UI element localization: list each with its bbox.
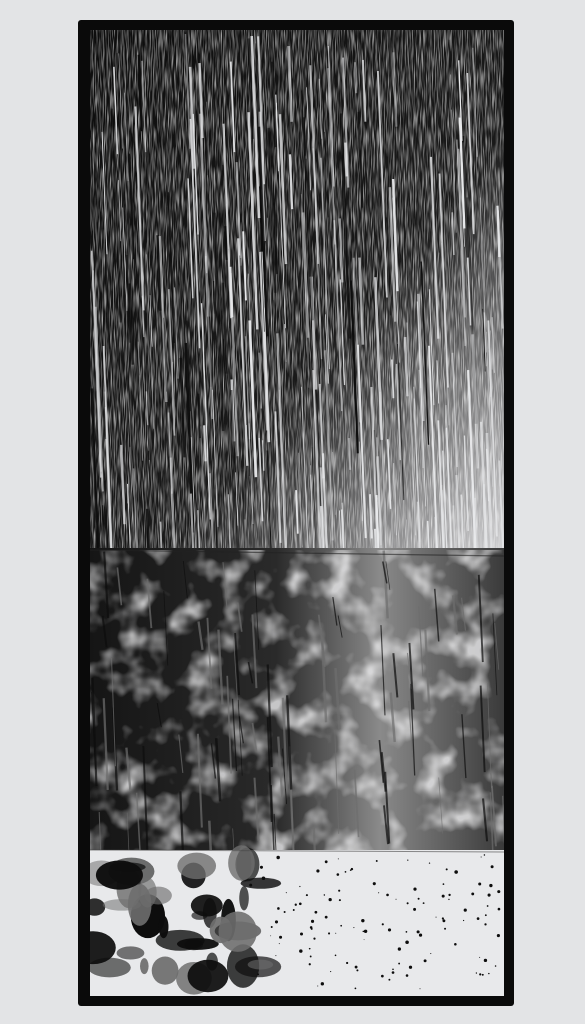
grunge-texture [90, 30, 504, 996]
artwork-panel [90, 30, 504, 996]
